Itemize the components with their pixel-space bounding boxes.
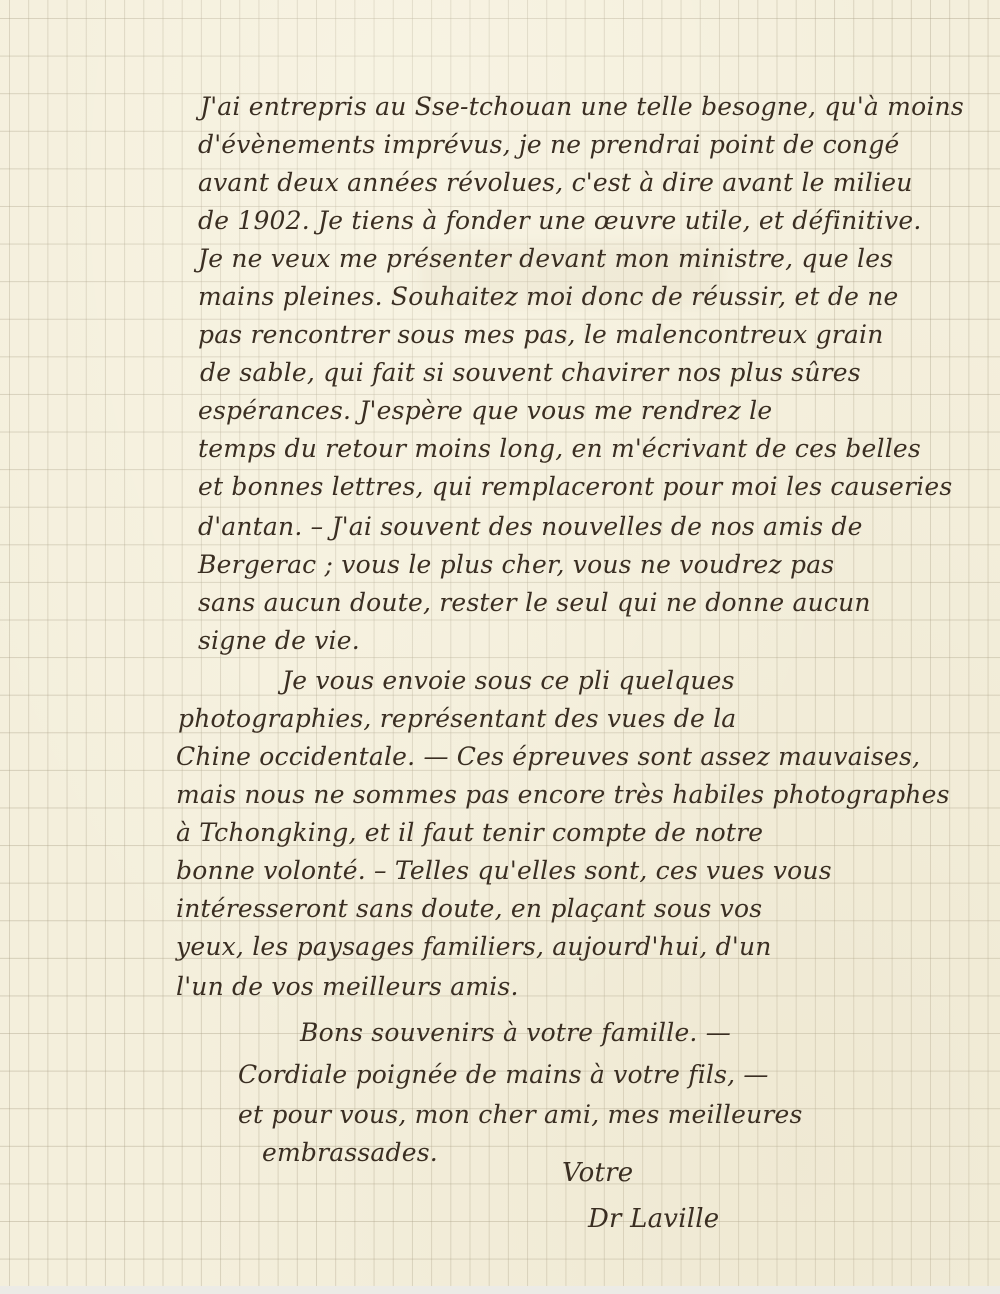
letter-line-19: mais nous ne sommes pas encore très habi… bbox=[176, 782, 950, 807]
letter-closing: Votre bbox=[562, 1160, 633, 1186]
letter-line-1: J'ai entrepris au Sse-tchouan une telle … bbox=[200, 94, 964, 119]
letter-line-12: d'antan. – J'ai souvent des nouvelles de… bbox=[198, 514, 863, 539]
page-bottom-edge bbox=[0, 1286, 1000, 1294]
letter-line-20: à Tchongking, et il faut tenir compte de… bbox=[176, 820, 763, 845]
letter-line-14: sans aucun doute, rester le seul qui ne … bbox=[198, 590, 871, 615]
letter-line-17: photographies, représentant des vues de … bbox=[178, 706, 736, 731]
letter-line-5: Je ne veux me présenter devant mon minis… bbox=[198, 246, 893, 271]
letter-line-24: l'un de vos meilleurs amis. bbox=[176, 974, 519, 999]
letter-line-3: avant deux années révolues, c'est à dire… bbox=[198, 170, 913, 195]
letter-line-10: temps du retour moins long, en m'écrivan… bbox=[198, 436, 921, 461]
letter-line-26: Cordiale poignée de mains à votre fils, … bbox=[238, 1062, 769, 1087]
letter-line-16: Je vous envoie sous ce pli quelques bbox=[282, 668, 735, 693]
letter-line-15: signe de vie. bbox=[198, 628, 360, 653]
letter-line-18: Chine occidentale. — Ces épreuves sont a… bbox=[176, 744, 920, 769]
letter-signature: Dr Laville bbox=[588, 1206, 719, 1232]
letter-line-9: espérances. J'espère que vous me rendrez… bbox=[198, 398, 772, 423]
letter-line-27: et pour vous, mon cher ami, mes meilleur… bbox=[238, 1102, 803, 1127]
letter-line-8: de sable, qui fait si souvent chavirer n… bbox=[200, 360, 861, 385]
letter-line-28: embrassades. bbox=[262, 1140, 438, 1165]
letter-line-25: Bons souvenirs à votre famille. — bbox=[300, 1020, 731, 1045]
letter-line-11: et bonnes lettres, qui remplaceront pour… bbox=[198, 474, 952, 499]
letter-line-4: de 1902. Je tiens à fonder une œuvre uti… bbox=[198, 208, 922, 233]
letter-line-6: mains pleines. Souhaitez moi donc de réu… bbox=[198, 284, 899, 309]
letter-body: J'ai entrepris au Sse-tchouan une telle … bbox=[0, 0, 1000, 1286]
letter-line-13: Bergerac ; vous le plus cher, vous ne vo… bbox=[198, 552, 834, 577]
letter-line-23: yeux, les paysages familiers, aujourd'hu… bbox=[176, 934, 772, 959]
letter-line-7: pas rencontrer sous mes pas, le malencon… bbox=[198, 322, 884, 347]
letter-line-2: d'évènements imprévus, je ne prendrai po… bbox=[198, 132, 900, 157]
letter-line-22: intéresseront sans doute, en plaçant sou… bbox=[176, 896, 762, 921]
letter-line-21: bonne volonté. – Telles qu'elles sont, c… bbox=[176, 858, 832, 883]
